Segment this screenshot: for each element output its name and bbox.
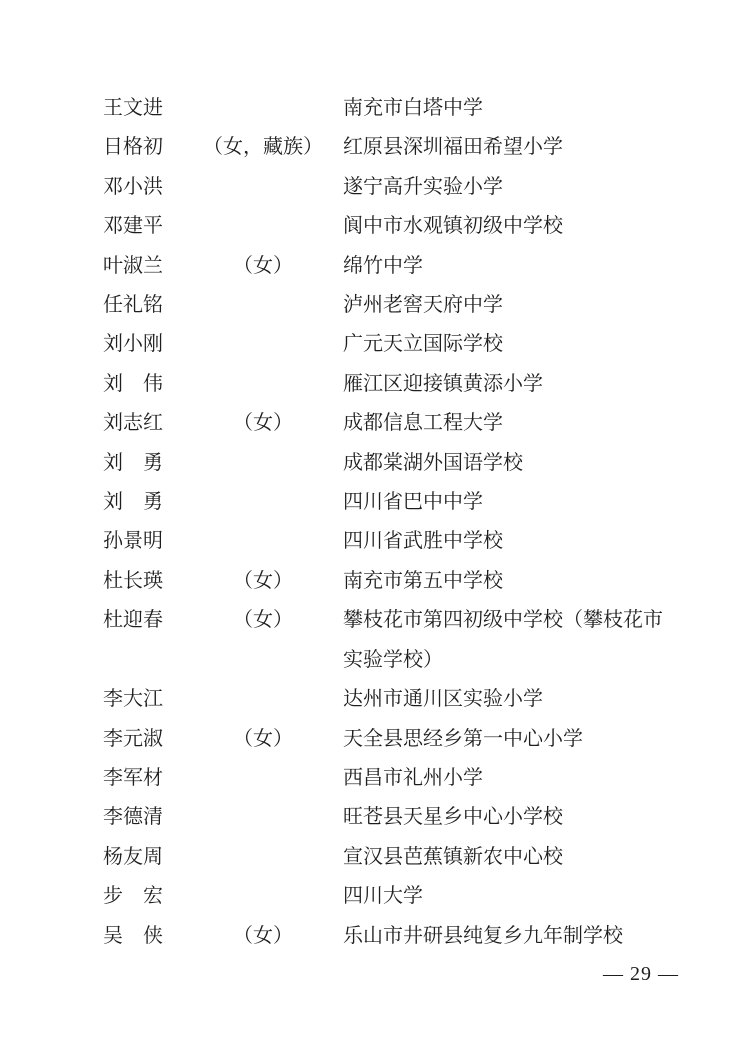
person-name: 杜长瑛 (103, 562, 183, 601)
roster-row: 李大江 达州市通川区实验小学 (0, 680, 675, 719)
person-name: 刘 勇 (103, 444, 183, 483)
roster-list: 王文进 南充市白塔中学 日格初 （女，藏族） 红原县深圳福田希望小学 邓小洪 遂… (0, 89, 675, 956)
person-name: 李大江 (103, 680, 183, 719)
school-name: 四川省巴中中学 (343, 483, 675, 522)
roster-row: 刘 勇 成都棠湖外国语学校 (0, 444, 675, 483)
school-name: 四川大学 (343, 877, 675, 916)
person-name: 李德清 (103, 798, 183, 837)
person-name: 邓建平 (103, 207, 183, 246)
school-name: 攀枝花市第四初级中学校（攀枝花市实验学校） (343, 601, 675, 680)
school-name: 成都信息工程大学 (343, 404, 675, 443)
school-name: 达州市通川区实验小学 (343, 680, 675, 719)
gender-ethnicity-annotation: （女） (183, 720, 343, 759)
school-name: 广元天立国际学校 (343, 325, 675, 364)
roster-row: 吴 侠 （女） 乐山市井研县纯复乡九年制学校 (0, 917, 675, 956)
roster-row: 日格初 （女，藏族） 红原县深圳福田希望小学 (0, 128, 675, 167)
roster-row: 步 宏 四川大学 (0, 877, 675, 916)
school-name: 西昌市礼州小学 (343, 759, 675, 798)
gender-ethnicity-annotation: （女） (183, 562, 343, 601)
gender-ethnicity-annotation: （女） (183, 404, 343, 443)
roster-row: 杜长瑛 （女） 南充市第五中学校 (0, 562, 675, 601)
roster-row: 刘志红 （女） 成都信息工程大学 (0, 404, 675, 443)
roster-row: 李元淑 （女） 天全县思经乡第一中心小学 (0, 720, 675, 759)
roster-row: 孙景明 四川省武胜中学校 (0, 522, 675, 561)
roster-row: 杨友周 宣汉县芭蕉镇新农中心校 (0, 838, 675, 877)
school-name: 四川省武胜中学校 (343, 522, 675, 561)
school-name: 阆中市水观镇初级中学校 (343, 207, 675, 246)
person-name: 任礼铭 (103, 286, 183, 325)
roster-row: 刘小刚 广元天立国际学校 (0, 325, 675, 364)
person-name: 邓小洪 (103, 168, 183, 207)
school-name: 雁江区迎接镇黄添小学 (343, 365, 675, 404)
school-name: 绵竹中学 (343, 247, 675, 286)
school-name: 成都棠湖外国语学校 (343, 444, 675, 483)
gender-ethnicity-annotation: （女） (183, 917, 343, 956)
person-name: 日格初 (103, 128, 183, 167)
roster-row: 李军材 西昌市礼州小学 (0, 759, 675, 798)
roster-row: 刘 伟 雁江区迎接镇黄添小学 (0, 365, 675, 404)
gender-ethnicity-annotation: （女） (183, 601, 343, 640)
person-name: 王文进 (103, 89, 183, 128)
school-name: 南充市白塔中学 (343, 89, 675, 128)
school-name: 旺苍县天星乡中心小学校 (343, 798, 675, 837)
page-number: — 29 — (603, 961, 679, 987)
school-name: 红原县深圳福田希望小学 (343, 128, 675, 167)
person-name: 刘小刚 (103, 325, 183, 364)
roster-row: 刘 勇 四川省巴中中学 (0, 483, 675, 522)
person-name: 吴 侠 (103, 917, 183, 956)
school-name: 遂宁高升实验小学 (343, 168, 675, 207)
person-name: 刘志红 (103, 404, 183, 443)
person-name: 李军材 (103, 759, 183, 798)
roster-row: 杜迎春 （女） 攀枝花市第四初级中学校（攀枝花市实验学校） (0, 601, 675, 680)
school-name: 宣汉县芭蕉镇新农中心校 (343, 838, 675, 877)
person-name: 杨友周 (103, 838, 183, 877)
school-name: 泸州老窖天府中学 (343, 286, 675, 325)
person-name: 刘 勇 (103, 483, 183, 522)
person-name: 刘 伟 (103, 365, 183, 404)
gender-ethnicity-annotation: （女，藏族） (183, 128, 343, 167)
gender-ethnicity-annotation: （女） (183, 247, 343, 286)
roster-row: 王文进 南充市白塔中学 (0, 89, 675, 128)
person-name: 步 宏 (103, 877, 183, 916)
person-name: 杜迎春 (103, 601, 183, 640)
school-name: 乐山市井研县纯复乡九年制学校 (343, 917, 675, 956)
person-name: 李元淑 (103, 720, 183, 759)
school-name: 南充市第五中学校 (343, 562, 675, 601)
roster-row: 叶淑兰 （女） 绵竹中学 (0, 247, 675, 286)
school-name: 天全县思经乡第一中心小学 (343, 720, 675, 759)
roster-row: 任礼铭 泸州老窖天府中学 (0, 286, 675, 325)
roster-row: 李德清 旺苍县天星乡中心小学校 (0, 798, 675, 837)
person-name: 叶淑兰 (103, 247, 183, 286)
document-page: 王文进 南充市白塔中学 日格初 （女，藏族） 红原县深圳福田希望小学 邓小洪 遂… (0, 0, 750, 1060)
roster-row: 邓建平 阆中市水观镇初级中学校 (0, 207, 675, 246)
roster-row: 邓小洪 遂宁高升实验小学 (0, 168, 675, 207)
person-name: 孙景明 (103, 522, 183, 561)
